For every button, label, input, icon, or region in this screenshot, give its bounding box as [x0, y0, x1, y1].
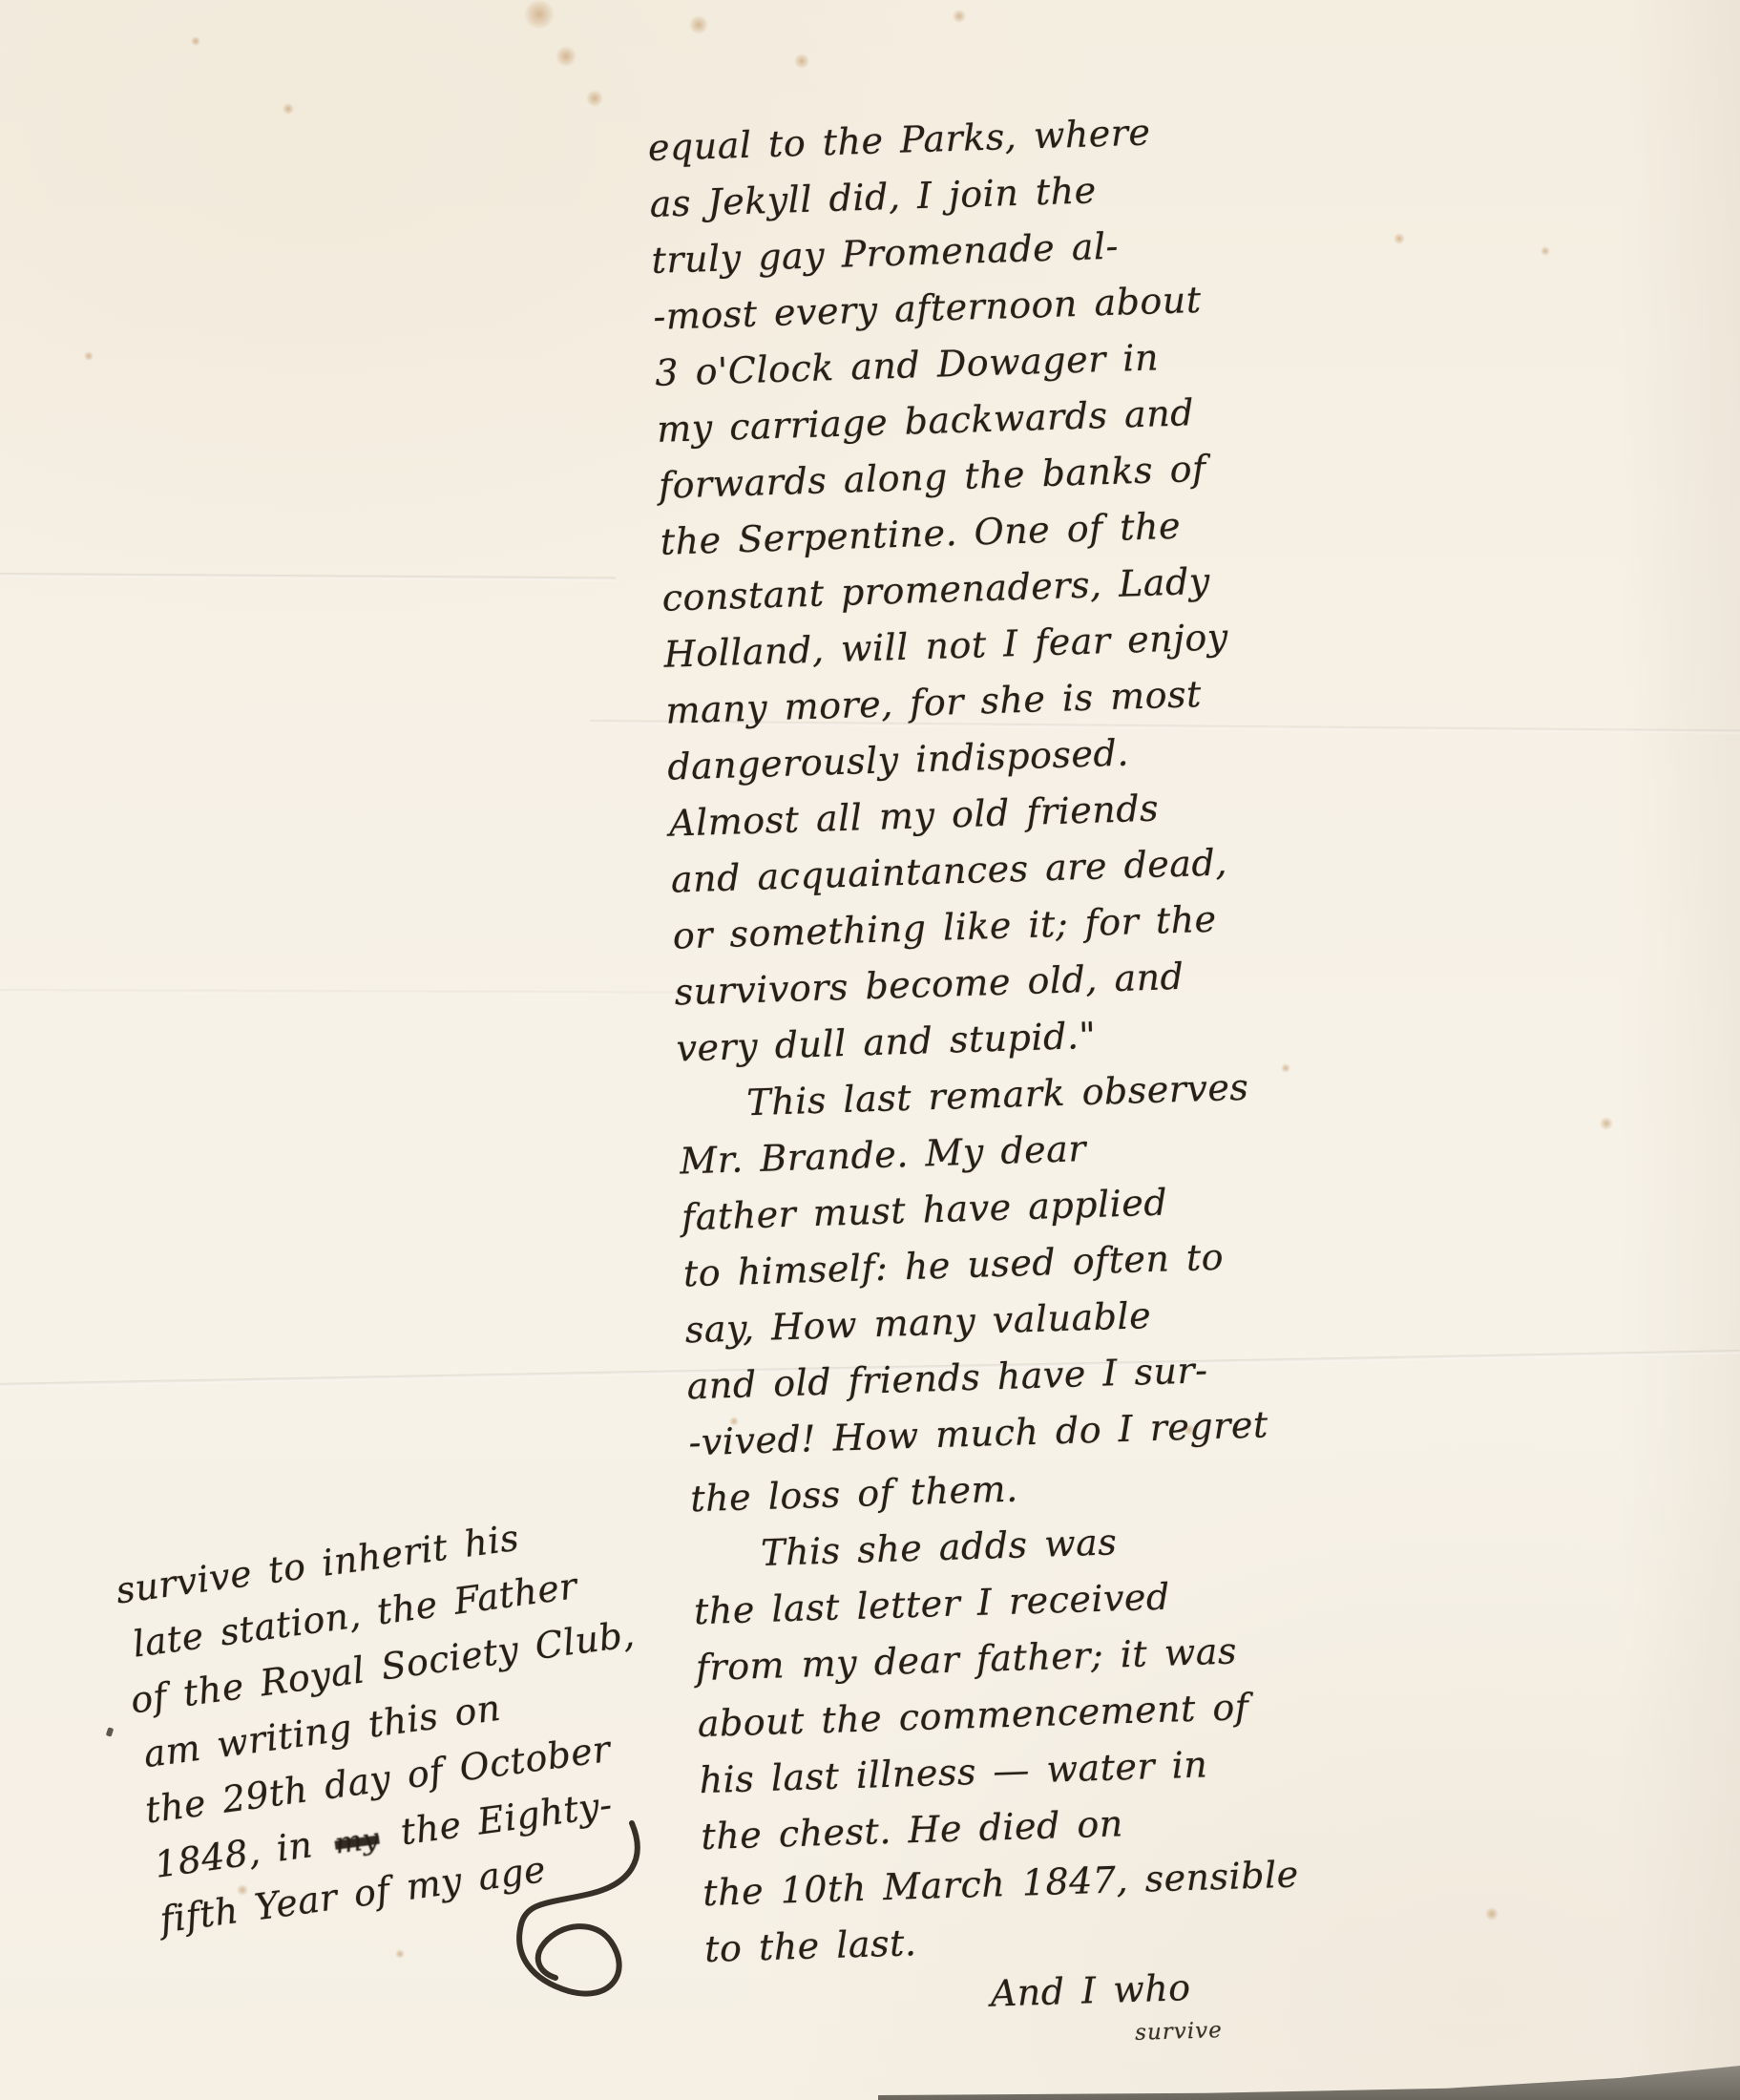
letter-photograph: equal to the Parks, where as Jekyll did,…: [0, 0, 1740, 2100]
crossed-out-word: my: [327, 1821, 388, 1861]
left-text-column: survive to inherit his late station, the…: [113, 1490, 713, 1947]
right-text-column: equal to the Parks, where as Jekyll did,…: [647, 100, 1357, 2066]
